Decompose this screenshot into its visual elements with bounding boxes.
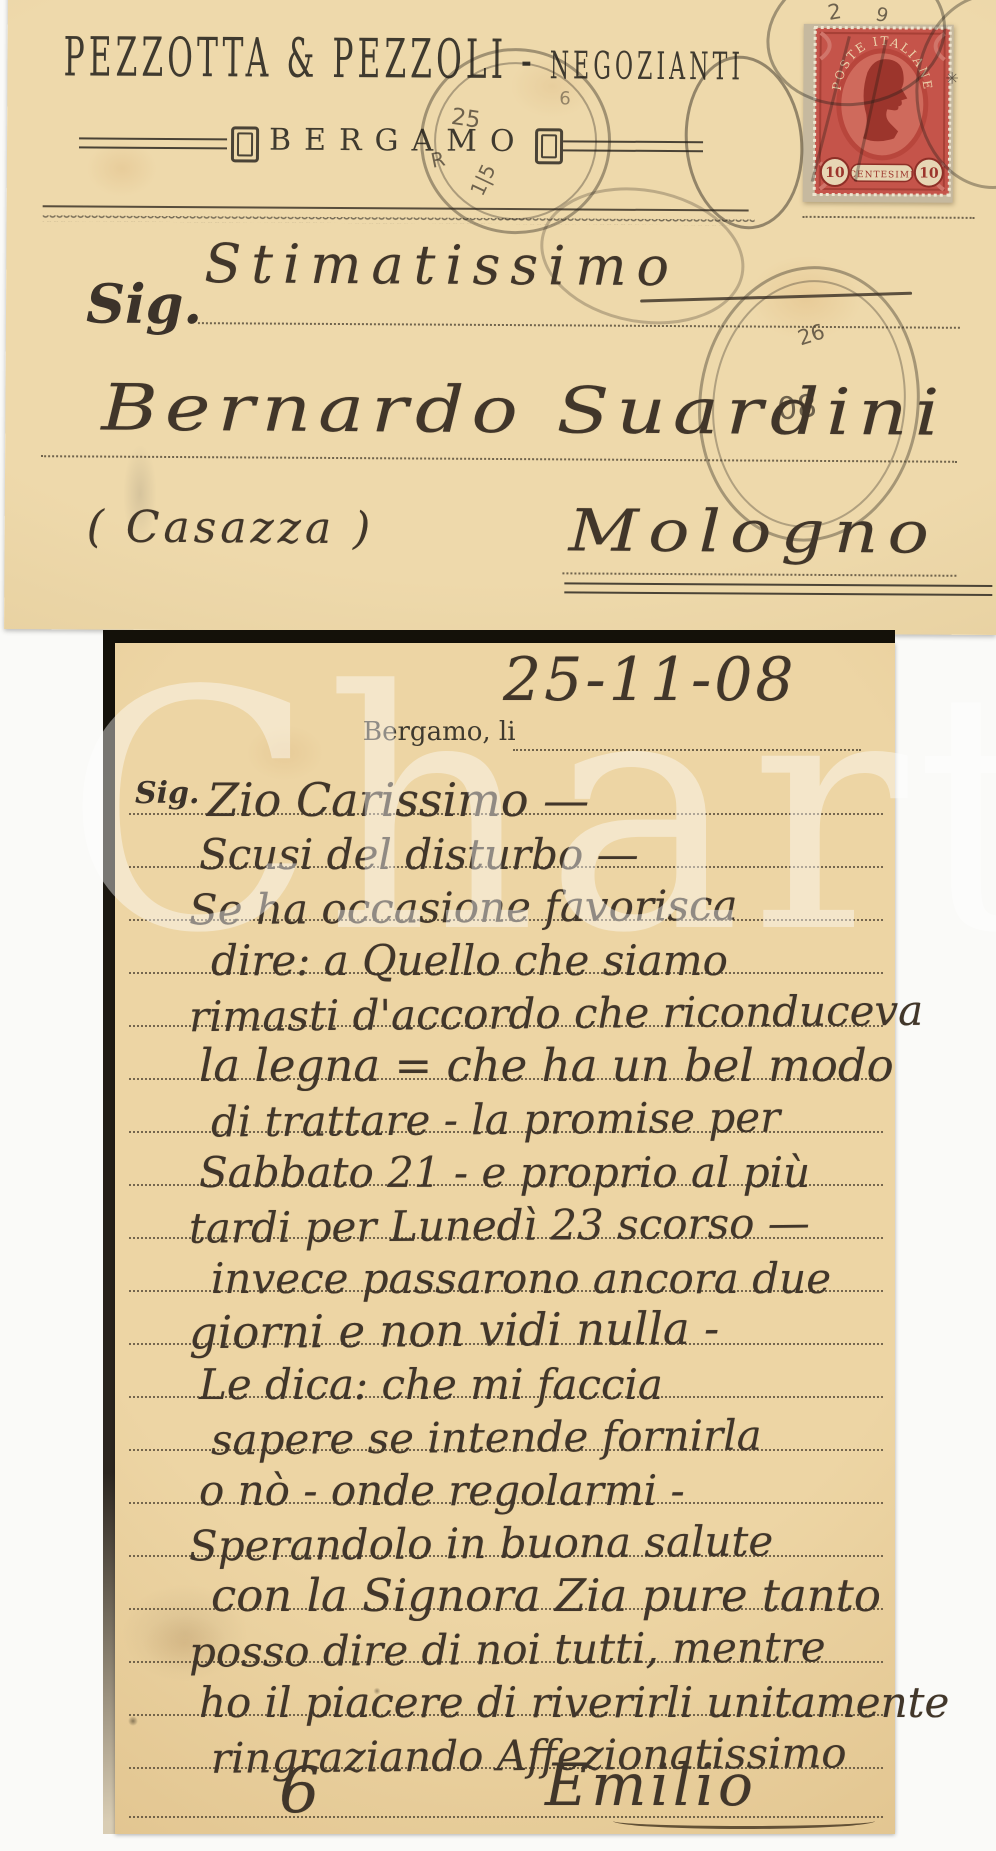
letter-lines: Scusi del disturbo — Se ha occasione fav… xyxy=(129,815,883,1769)
letter-line: con la Signora Zia pure tanto xyxy=(129,1557,883,1610)
printed-salutation: Sig. xyxy=(135,776,199,811)
letter-line: Scusi del disturbo — xyxy=(129,815,883,868)
postcard-scan-page: PEZZOTTA & PEZZOLI - Negozianti BERGAMO xyxy=(0,0,996,1851)
letter-line: posso dire di noi tutti, mentre xyxy=(129,1610,883,1663)
address-rule-3 xyxy=(562,554,956,576)
signature-underline xyxy=(613,1813,875,1829)
postmark-fragment-text: 6 xyxy=(559,88,571,109)
handwritten-text: Le dica: che mi faccia xyxy=(199,1368,663,1402)
handwritten-text: o nò - onde regolarmi - xyxy=(199,1474,685,1508)
letter-line: di trattare - la promise per xyxy=(129,1080,883,1133)
postmark-fragment-text: 25 xyxy=(449,104,482,134)
handwritten-text: Sabbato 21 - e proprio al più xyxy=(199,1156,810,1190)
printed-salutation: Sig. xyxy=(86,271,202,336)
letter-line: ringraziando Affezionatissimo xyxy=(129,1716,883,1769)
printed-dateline: Bergamo, li xyxy=(363,717,516,747)
signature: Emilio xyxy=(545,1751,757,1819)
ornament-square-left-icon xyxy=(231,126,259,162)
address-rule-2 xyxy=(41,437,957,463)
stamp-value-right: 10 xyxy=(919,166,939,182)
closing-row: 6 xyxy=(129,1769,883,1818)
closing-flourish: 6 xyxy=(279,1754,320,1828)
handwritten-text: la legna = che ha un bel modo xyxy=(199,1048,894,1084)
letter-line: Se ha occasione favorisca xyxy=(129,868,883,921)
letter-line: Le dica: che mi faccia xyxy=(129,1345,883,1398)
letter-line: invece passarono ancora due xyxy=(129,1239,883,1292)
destination-underline xyxy=(564,582,992,596)
letter-line: Sperandolo in buona salute xyxy=(129,1504,883,1557)
letter-line: sapere se intende fornirla xyxy=(129,1398,883,1451)
handwritten-text: invece passarono ancora due xyxy=(211,1262,831,1296)
postcard-back-photo: Bergamo, li 25-11-08 Sig. Zio Carissimo … xyxy=(103,630,895,1834)
handwritten-text: con la Signora Zia pure tanto xyxy=(211,1578,881,1614)
handwritten-date: 25-11-08 xyxy=(503,645,797,715)
ornament-rule-left xyxy=(79,137,227,149)
letter-line: rimasti d'accordo che riconduceva xyxy=(129,974,883,1027)
handwritten-text: dire: a Quello che siamo xyxy=(211,944,728,978)
letter-body: Sig. Zio Carissimo — Scusi del disturbo … xyxy=(129,761,883,1818)
letter-salutation-row: Sig. Zio Carissimo — xyxy=(129,761,883,815)
handwritten-salutation: Zio Carissimo — xyxy=(207,782,589,819)
letter-line: o nò - onde regolarmi - xyxy=(129,1451,883,1504)
stamp-guide-rule xyxy=(803,198,975,219)
letter-line: la legna = che ha un bel modo xyxy=(129,1027,883,1080)
letterhead-business-name: PEZZOTTA & PEZZOLI - Negozianti xyxy=(63,27,744,91)
letter-line: tardi per Lunedì 23 scorso — xyxy=(129,1186,883,1239)
postcard-front: PEZZOTTA & PEZZOLI - Negozianti BERGAMO xyxy=(4,0,996,635)
letter-line: ho il piacere di riverirli unitamente xyxy=(129,1663,883,1716)
letter-line: dire: a Quello che siamo xyxy=(129,921,883,974)
dateline-rule xyxy=(513,731,861,751)
locality-note: ( Casazza ) xyxy=(87,501,375,554)
address-rule-1 xyxy=(198,304,960,329)
letter-line: Sabbato 21 - e proprio al più xyxy=(129,1133,883,1186)
postcard-back: Bergamo, li 25-11-08 Sig. Zio Carissimo … xyxy=(115,643,895,1834)
letter-line: giorni e non vidi nulla - xyxy=(129,1292,883,1345)
address-line1-handwritten: Stimatissimo xyxy=(204,232,679,298)
stamp-value-left: 10 xyxy=(825,165,845,181)
handwritten-text: ho il piacere di riverirli unitamente xyxy=(199,1686,949,1720)
handwritten-text: Scusi del disturbo — xyxy=(199,838,639,872)
postmark-fragment-text: ✳ xyxy=(945,69,959,88)
